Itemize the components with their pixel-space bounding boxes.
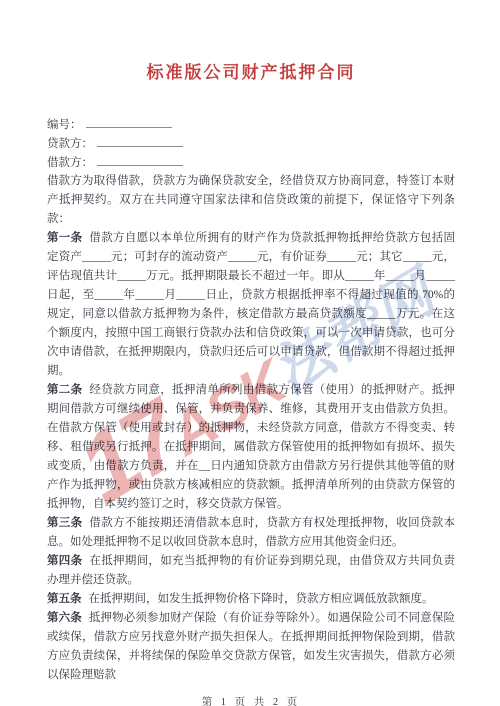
clause-1-text: 借款方自愿以本单位所拥有的财产作为贷款抵押物抵押给贷款方包括固定资产_____元…: [47, 232, 455, 377]
clause-1: 第一条借款方自愿以本单位所拥有的财产作为贷款抵押物抵押给贷款方包括固定资产___…: [47, 229, 455, 381]
clause-5: 第五条在抵押期间，如发生抵押物价格下降时，贷款方相应调低放款额度。: [47, 590, 455, 609]
clause-4: 第四条在抵押期间，如充当抵押物的有价证券到期兑现，由借贷双方共同负责办理并偿还贷…: [47, 552, 455, 590]
field-number-label: 编号：: [47, 119, 82, 131]
field-lender: 贷款方：: [47, 134, 455, 153]
clause-6-number: 第六条: [47, 612, 82, 624]
field-lender-blank: [97, 134, 183, 147]
clause-6-text: 抵押物必须参加财产保险（有价证券等除外）。如遇保险公司不同意保险或续保，借款方应…: [47, 612, 455, 681]
clause-4-number: 第四条: [47, 555, 82, 567]
clause-3-text: 借款方不能按期还清借款本息时，贷款方有权处理抵押物，收回贷款本息。如处理抵押物不…: [47, 517, 455, 548]
clause-6: 第六条抵押物必须参加财产保险（有价证券等除外）。如遇保险公司不同意保险或续保，借…: [47, 609, 455, 685]
field-number: 编号：: [47, 115, 455, 134]
field-borrower-blank: [97, 153, 183, 166]
clause-5-number: 第五条: [47, 593, 82, 605]
document-title: 标准版公司财产抵押合同: [47, 58, 455, 83]
field-borrower: 借款方：: [47, 153, 455, 172]
clause-2: 第二条经贷款方同意，抵押清单所列由借款方保管（使用）的抵押财产。抵押期间借款方可…: [47, 381, 455, 514]
page-number: 第 1 页 共 2 页: [47, 694, 455, 706]
clause-1-number: 第一条: [47, 232, 82, 244]
clause-4-text: 在抵押期间，如充当抵押物的有价证券到期兑现，由借贷双方共同负责办理并偿还贷款。: [47, 555, 455, 586]
field-lender-label: 贷款方：: [47, 138, 93, 150]
field-borrower-label: 借款方：: [47, 157, 93, 169]
intro-paragraph: 借款方为取得借款，贷款方为确保贷款安全，经借贷双方协商同意，特签订本财产抵押契约…: [47, 172, 455, 229]
clause-2-text: 经贷款方同意，抵押清单所列由借款方保管（使用）的抵押财产。抵押期间借款方可继续使…: [47, 384, 455, 510]
contract-page: 标准版公司财产抵押合同 编号： 贷款方： 借款方： 借款方为取得借款，贷款方为确…: [0, 0, 500, 706]
field-number-blank: [86, 115, 172, 128]
clause-3-number: 第三条: [47, 517, 82, 529]
clause-2-number: 第二条: [47, 384, 82, 396]
clause-5-text: 在抵押期间，如发生抵押物价格下降时，贷款方相应调低放款额度。: [89, 593, 434, 605]
clause-3: 第三条借款方不能按期还清借款本息时，贷款方有权处理抵押物，收回贷款本息。如处理抵…: [47, 514, 455, 552]
